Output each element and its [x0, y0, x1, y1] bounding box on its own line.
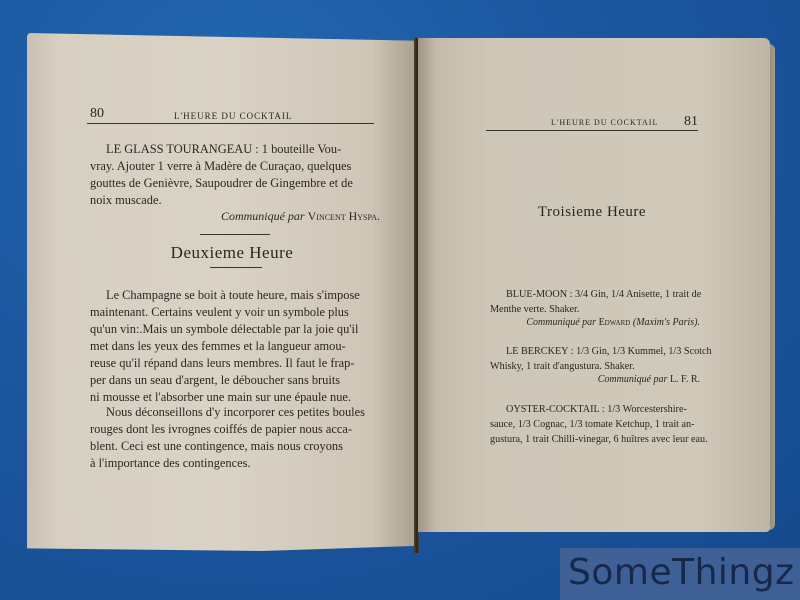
left-page: 80 L'HEURE DU COCKTAIL LE GLASS TOURANGE…: [27, 33, 418, 551]
right-page: L'HEURE DU COCKTAIL 81 Troisieme Heure B…: [418, 38, 770, 532]
recipe-oyster-cocktail: OYSTER-COCKTAIL : 1/3 Worcestershire- sa…: [490, 402, 700, 447]
watermark-box: SomeThingz: [560, 548, 800, 600]
recipe-credit: Communiqué par Vincent Hyspa.: [127, 209, 380, 224]
watermark-logo: SomeThingz: [568, 552, 794, 593]
paragraph-boules: Nous déconseillons d'y incorporer ces pe…: [90, 404, 380, 472]
running-head: L'HEURE DU COCKTAIL: [551, 118, 658, 127]
paragraph-champagne: Le Champagne se boit à toute heure, mais…: [90, 287, 380, 406]
recipe-blue-moon: BLUE-MOON : 3/4 Gin, 1/4 Anisette, 1 tra…: [490, 287, 700, 317]
header-rule: [486, 130, 698, 131]
separator-rule: [200, 234, 270, 235]
recipe-glass-tourangeau: LE GLASS TOURANGEAU : 1 bouteille Vou- v…: [90, 141, 380, 209]
page-number: 80: [90, 106, 104, 122]
section-heading: Troisieme Heure: [486, 204, 698, 221]
open-book-photo: 80 L'HEURE DU COCKTAIL LE GLASS TOURANGE…: [0, 0, 800, 600]
recipe-credit: Communiqué par L. F. R.: [490, 374, 700, 385]
header-rule: [87, 123, 374, 124]
heading-rule: [210, 267, 262, 268]
running-head: L'HEURE DU COCKTAIL: [174, 111, 292, 121]
recipe-le-berckey: LE BERCKEY : 1/3 Gin, 1/3 Kummel, 1/3 Sc…: [490, 344, 700, 374]
recipe-credit: Communiqué par Edward (Maxim's Paris).: [490, 317, 700, 328]
page-number: 81: [684, 114, 698, 130]
section-heading: Deuxieme Heure: [87, 243, 377, 263]
